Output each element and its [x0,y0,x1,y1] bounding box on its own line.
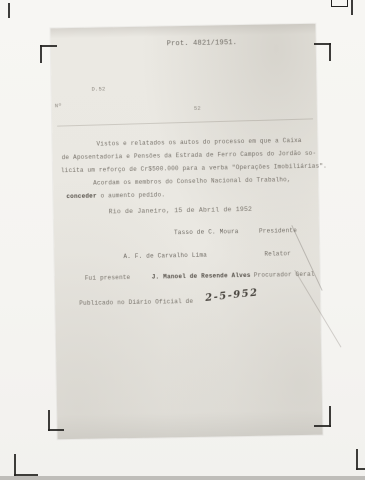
registration-mark-bottom-right-vertical [356,449,358,470]
signature-name: J. Manoel de Resende Alves [152,272,251,281]
scanned-document-page: Prot. 4821/1951. D.52 Nº 52 Vistos e rel… [0,0,365,480]
signature-role: Relator [264,250,291,257]
publication-label: Publicado no Diário Oficial de [79,298,193,307]
registration-tick-top-left [8,3,10,18]
body-line: Vistos e relatados os autos do processo … [96,137,301,148]
crop-mark-top-left-vertical [40,45,42,63]
scan-bottom-band [0,476,365,480]
margin-note: Nº [55,102,62,109]
crop-mark-bottom-right-horizontal [314,425,331,427]
document-paper: Prot. 4821/1951. D.52 Nº 52 Vistos e rel… [50,24,322,440]
signature-role: Presidente [259,227,297,235]
resolution-rest: o aumento pedido. [97,191,166,199]
corner-note: D.52 [91,85,105,92]
page-note: 52 [194,105,201,112]
registration-mark-bottom-left-vertical [14,454,16,476]
registration-box-top-right [331,0,348,7]
signature-name: A. F. de Carvalho Lima [123,252,207,260]
crop-mark-bottom-left-vertical [48,410,50,431]
crop-mark-bottom-left-horizontal [48,429,64,431]
registration-tick-top-right [351,0,353,15]
handwritten-publication-date: 2-5-952 [205,287,259,304]
protocol-number: Prot. 4821/1951. [167,39,238,48]
signature-name: Tasso de C. Moura [174,228,239,236]
body-line: licita um reforço de Cr$500.000 para a v… [61,163,327,175]
scratch-line [291,225,322,291]
body-resolution-line: conceder o aumento pedido. [66,191,165,200]
crease-line [57,118,313,126]
dateline: Rio de Janeiro, 15 de Abril de 1952 [109,206,253,216]
crop-mark-top-right-vertical [329,43,331,61]
body-line: de Aposentadoria e Pensões da Estrada de… [62,150,317,161]
crop-mark-bottom-right-vertical [329,406,331,427]
registration-mark-bottom-right-horizontal [356,468,365,470]
body-line: Acordam os membros do Conselho Nacional … [93,176,291,186]
crop-mark-top-left-horizontal [40,45,57,47]
resolution-keyword: conceder [66,193,97,201]
signature-role: Procurador Geral [254,271,315,279]
signature-prefix: Fui presente [85,274,131,282]
scratch-line [294,270,341,348]
